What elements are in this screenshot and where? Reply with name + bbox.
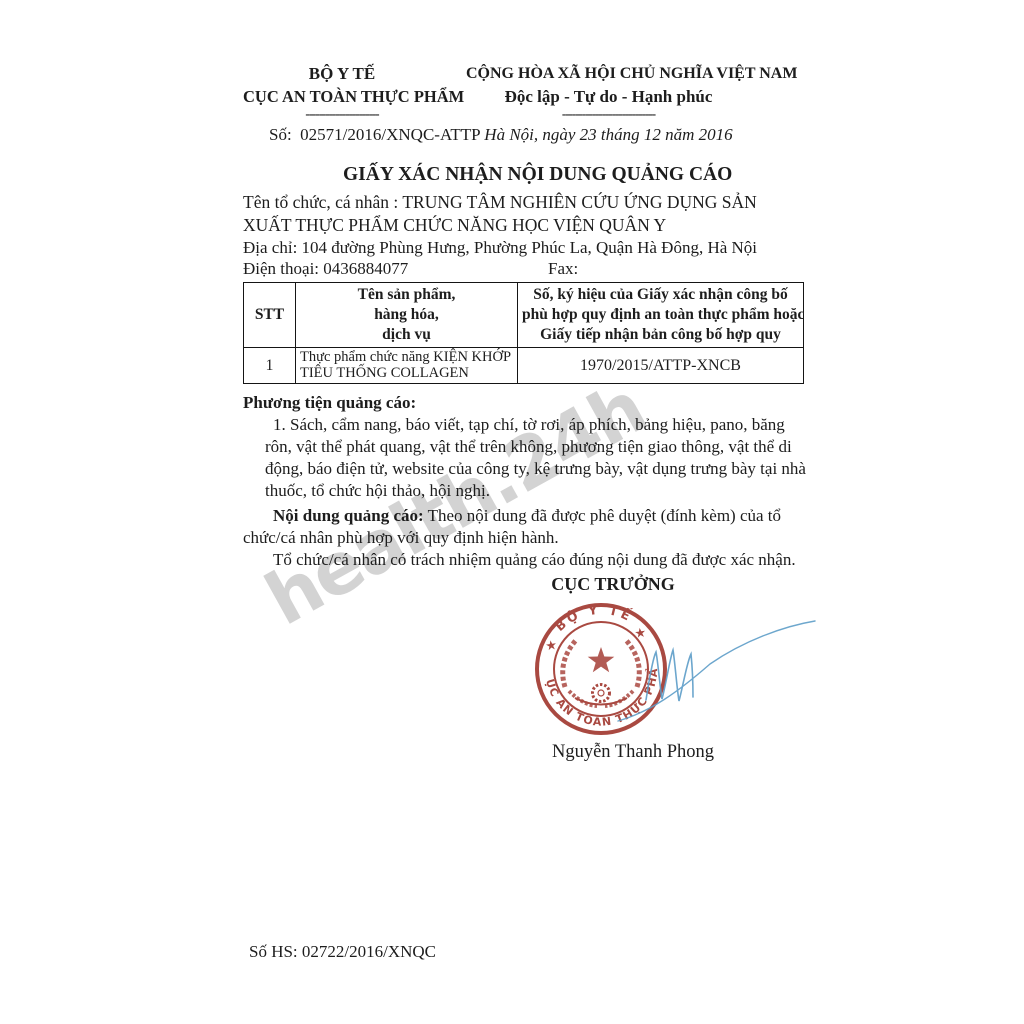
fax-label: Fax:	[548, 258, 578, 279]
responsibility-paragraph: Tổ chức/cá nhân có trách nhiệm quảng cáo…	[243, 549, 806, 571]
agency-divider: ----------------------	[243, 108, 441, 119]
header-cert-line1: Số, ký hiệu của Giấy xác nhận công bố	[522, 285, 799, 305]
national-motto-line1: CỘNG HÒA XÃ HỘI CHỦ NGHĨA VIỆT NAM	[466, 62, 751, 85]
header-product-line2: hàng hóa,	[300, 305, 513, 325]
signer-title: CỤC TRƯỞNG	[483, 573, 743, 596]
agency-parent-name: BỘ Y TẾ	[243, 62, 441, 85]
header-stt-label: STT	[248, 305, 291, 325]
stamp-star-left-icon: ★	[544, 637, 558, 653]
header-product-line3: dịch vụ	[300, 325, 513, 345]
national-block: CỘNG HÒA XÃ HỘI CHỦ NGHĨA VIỆT NAM Độc l…	[466, 62, 751, 146]
organization-label: Tên tổ chức, cá nhân :	[243, 192, 398, 212]
handwritten-signature	[560, 600, 830, 730]
table-row: 1 Thực phẩm chức năng KIỆN KHỚP TIÊU THỐ…	[244, 348, 804, 384]
content-paragraph: Nội dung quảng cáo: Theo nội dung đã đượ…	[243, 505, 806, 549]
place-and-date: Hà Nội, ngày 23 tháng 12 năm 2016	[466, 124, 751, 146]
document-body: BỘ Y TẾ CỤC AN TOÀN THỰC PHẨM ----------…	[243, 62, 806, 781]
page-title: GIẤY XÁC NHẬN NỘI DUNG QUẢNG CÁO	[243, 162, 806, 187]
cell-product: Thực phẩm chức năng KIỆN KHỚP TIÊU THỐNG…	[296, 348, 518, 384]
header-cert-line3: Giấy tiếp nhận bản công bố hợp quy	[522, 325, 799, 345]
agency-name: CỤC AN TOÀN THỰC PHẨM	[243, 85, 441, 108]
media-heading: Phương tiện quảng cáo:	[243, 392, 806, 414]
content-heading: Nội dung quảng cáo:	[273, 506, 424, 525]
header-cert-number: Số, ký hiệu của Giấy xác nhận công bố ph…	[518, 283, 804, 348]
cell-cert-number: 1970/2015/ATTP-XNCB	[518, 348, 804, 384]
table-header-row: STT Tên sản phẩm, hàng hóa, dịch vụ Số, …	[244, 283, 804, 348]
address-line: Địa chỉ: 104 đường Phùng Hưng, Phường Ph…	[243, 237, 806, 258]
product-table: STT Tên sản phẩm, hàng hóa, dịch vụ Số, …	[243, 282, 804, 384]
document-page: health.24h BỘ Y TẾ CỤC AN TOÀN THỰC PHẨM…	[0, 0, 1024, 1024]
national-divider: ----------------------------	[466, 108, 751, 119]
national-motto-line2: Độc lập - Tự do - Hạnh phúc	[466, 85, 751, 108]
agency-block: BỘ Y TẾ CỤC AN TOÀN THỰC PHẨM ----------…	[243, 62, 441, 146]
header-product: Tên sản phẩm, hàng hóa, dịch vụ	[296, 283, 518, 348]
signer-name: Nguyễn Thanh Phong	[523, 742, 743, 763]
document-header: BỘ Y TẾ CỤC AN TOÀN THỰC PHẨM ----------…	[243, 62, 806, 156]
signature-area: BỘ Y TẾ CỤC AN TOÀN THỰC PHẨM ★ ★	[243, 596, 806, 781]
phone-value: Điện thoại: 0436884077	[243, 258, 548, 279]
media-list: 1. Sách, cẩm nang, báo viết, tạp chí, tờ…	[265, 414, 806, 502]
header-cert-line2: phù hợp quy định an toàn thực phẩm hoặc	[522, 305, 799, 325]
header-product-line1: Tên sản phẩm,	[300, 285, 513, 305]
document-number: Số: 02571/2016/XNQC-ATTP	[269, 124, 441, 146]
file-number: Số HS: 02722/2016/XNQC	[249, 942, 436, 962]
phone-fax-line: Điện thoại: 0436884077 Fax:	[243, 258, 806, 279]
cell-stt: 1	[244, 348, 296, 384]
header-stt: STT	[244, 283, 296, 348]
organization-line: Tên tổ chức, cá nhân : TRUNG TÂM NGHIÊN …	[243, 191, 806, 236]
